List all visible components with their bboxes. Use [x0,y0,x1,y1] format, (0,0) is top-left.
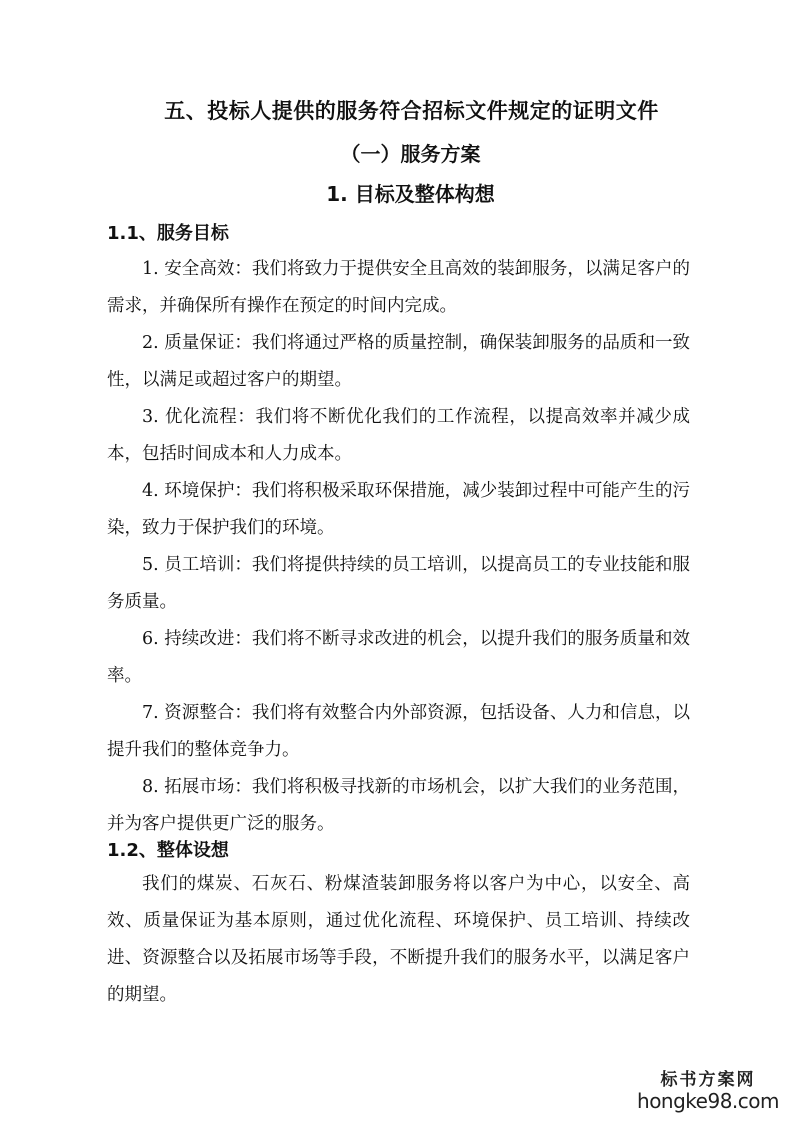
paragraph-overall-concept: 我们的煤炭、石灰石、粉煤渣装卸服务将以客户为中心，以安全、高效、质量保证为基本原… [107,866,690,1014]
section-heading-1-2: 1.2、整体设想 [107,836,229,862]
paragraph-goal-3: 3. 优化流程：我们将不断优化我们的工作流程，以提高效率并减少成本，包括时间成本… [107,399,690,473]
section-title: 1. 目标及整体构想 [0,178,793,207]
section-1-1-body: 1. 安全高效：我们将致力于提供安全且高效的装卸服务，以满足客户的需求，并确保所… [107,251,690,843]
paragraph-goal-4: 4. 环境保护：我们将积极采取环保措施，减少装卸过程中可能产生的污染，致力于保护… [107,473,690,547]
paragraph-goal-6: 6. 持续改进：我们将不断寻求改进的机会，以提升我们的服务质量和效率。 [107,621,690,695]
section-heading-1-1: 1.1、服务目标 [107,219,229,245]
section-1-2-body: 我们的煤炭、石灰石、粉煤渣装卸服务将以客户为中心，以安全、高效、质量保证为基本原… [107,866,690,1014]
watermark-en: hongke98.com [637,1090,779,1112]
watermark-cn: 标书方案网 [637,1065,779,1090]
watermark: 标书方案网 hongke98.com [637,1065,779,1112]
document-subtitle: （一）服务方案 [0,138,793,167]
paragraph-goal-5: 5. 员工培训：我们将提供持续的员工培训，以提高员工的专业技能和服务质量。 [107,547,690,621]
document-title: 五、投标人提供的服务符合招标文件规定的证明文件 [0,95,793,125]
paragraph-goal-2: 2. 质量保证：我们将通过严格的质量控制，确保装卸服务的品质和一致性，以满足或超… [107,325,690,399]
paragraph-goal-1: 1. 安全高效：我们将致力于提供安全且高效的装卸服务，以满足客户的需求，并确保所… [107,251,690,325]
paragraph-goal-7: 7. 资源整合：我们将有效整合内外部资源，包括设备、人力和信息，以提升我们的整体… [107,695,690,769]
paragraph-goal-8: 8. 拓展市场：我们将积极寻找新的市场机会，以扩大我们的业务范围，并为客户提供更… [107,769,690,843]
document-page: 五、投标人提供的服务符合招标文件规定的证明文件 （一）服务方案 1. 目标及整体… [0,0,793,1122]
